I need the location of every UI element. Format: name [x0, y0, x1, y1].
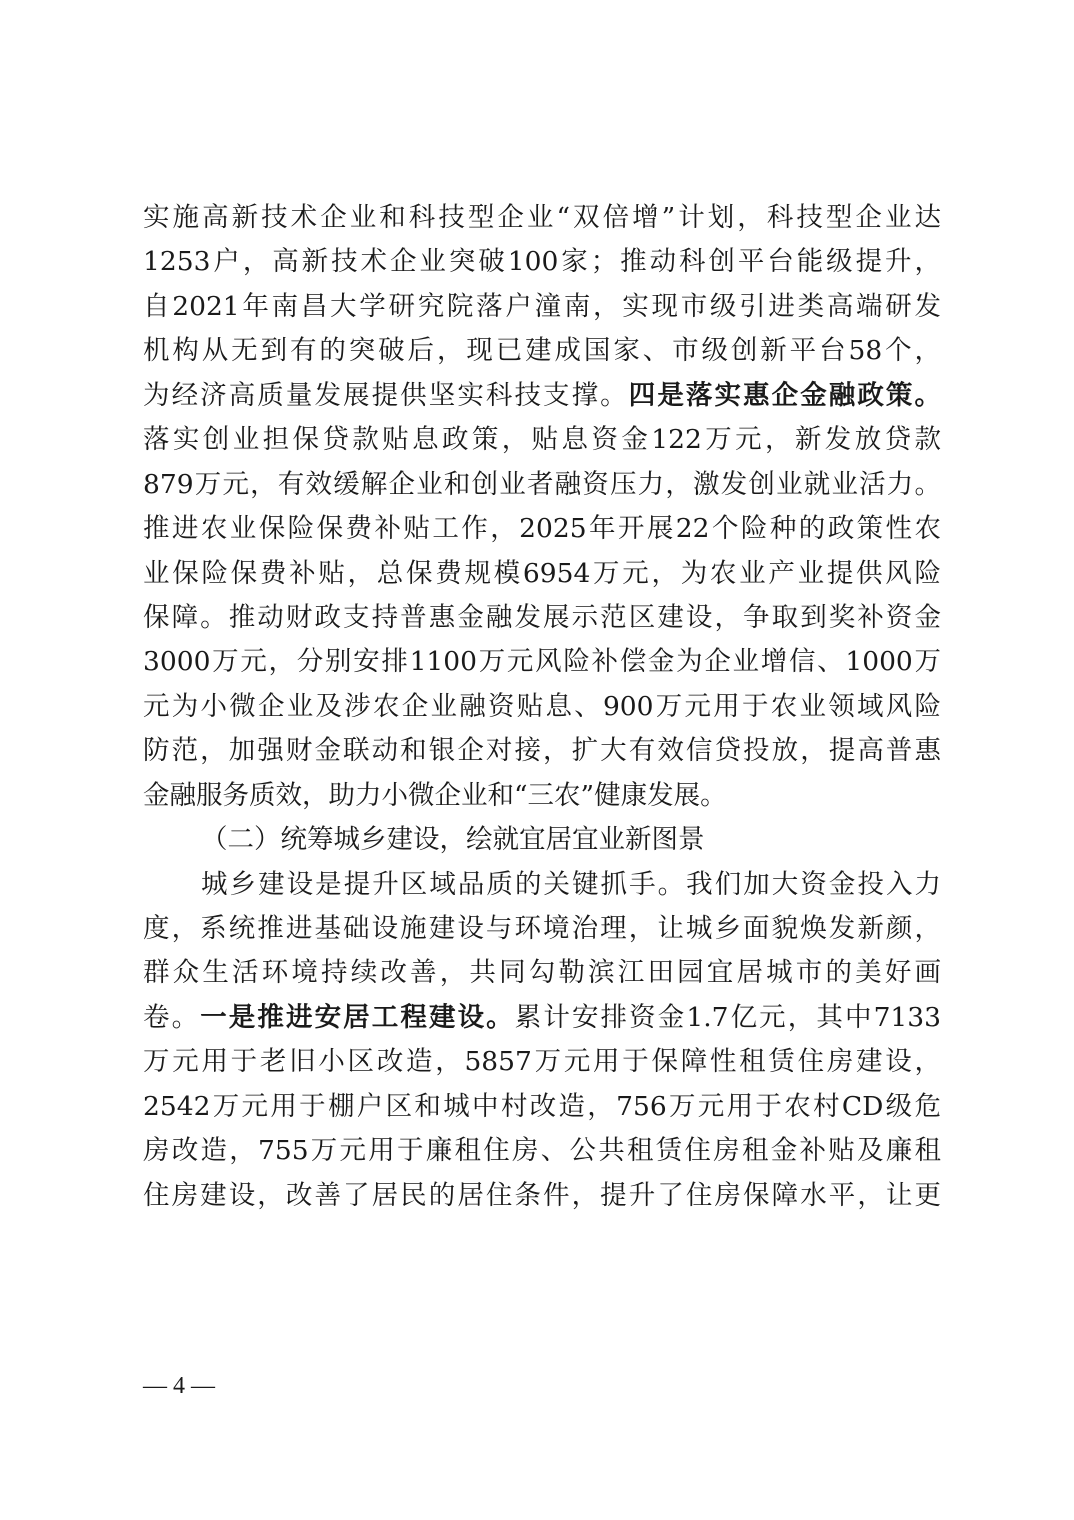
paragraph-line: 金融服务质效，助力小微企业和“三农”健康发展。 — [143, 774, 941, 818]
line-text: 卷。 — [143, 1002, 200, 1033]
section-heading: （二）统筹城乡建设，绘就宜居宜业新图景 — [143, 818, 941, 862]
bold-subheading: 四是落实惠企金融政策。 — [629, 380, 941, 411]
line-text: 为经济高质量发展提供坚实科技支撑。 — [143, 380, 629, 411]
line-text: 累计安排资金1.7亿元，其中7133 — [515, 1002, 941, 1033]
paragraph-line: 落实创业担保贷款贴息政策，贴息资金122万元，新发放贷款 — [143, 418, 941, 462]
paragraph-line: 卷。一是推进安居工程建设。累计安排资金1.7亿元，其中7133 — [143, 996, 941, 1040]
paragraph-line: 防范，加强财金联动和银企对接，扩大有效信贷投放，提高普惠 — [143, 729, 941, 773]
page-number: — 4 — — [143, 1373, 215, 1400]
paragraph-line: 元为小微企业及涉农企业融资贴息、900万元用于农业领域风险 — [143, 685, 941, 729]
paragraph-line: 自2021年南昌大学研究院落户潼南，实现市级引进类高端研发 — [143, 285, 941, 329]
paragraph-line: 3000万元，分别安排1100万元风险补偿金为企业增信、1000万 — [143, 640, 941, 684]
paragraph-line: 机构从无到有的突破后，现已建成国家、市级创新平台58个， — [143, 329, 941, 373]
paragraph-line: 万元用于老旧小区改造，5857万元用于保障性租赁住房建设， — [143, 1040, 941, 1084]
paragraph-line: 推进农业保险保费补贴工作，2025年开展22个险种的政策性农 — [143, 507, 941, 551]
document-page: 实施高新技术企业和科技型企业“双倍增”计划，科技型企业达 1253户，高新技术企… — [0, 0, 1074, 1520]
paragraph-line: 1253户，高新技术企业突破100家；推动科创平台能级提升， — [143, 240, 941, 284]
paragraph-line: 为经济高质量发展提供坚实科技支撑。四是落实惠企金融政策。 — [143, 374, 941, 418]
bold-subheading: 一是推进安居工程建设。 — [200, 1002, 515, 1033]
paragraph-line: 房改造，755万元用于廉租住房、公共租赁住房租金补贴及廉租 — [143, 1129, 941, 1173]
paragraph-line: 2542万元用于棚户区和城中村改造，756万元用于农村CD级危 — [143, 1085, 941, 1129]
paragraph-line: 住房建设，改善了居民的居住条件，提升了住房保障水平，让更 — [143, 1174, 941, 1218]
paragraph-line: 度，系统推进基础设施建设与环境治理，让城乡面貌焕发新颜， — [143, 907, 941, 951]
paragraph-line: 实施高新技术企业和科技型企业“双倍增”计划，科技型企业达 — [143, 196, 941, 240]
paragraph-line: 城乡建设是提升区域品质的关键抓手。我们加大资金投入力 — [143, 863, 941, 907]
body-text: 实施高新技术企业和科技型企业“双倍增”计划，科技型企业达 1253户，高新技术企… — [143, 196, 941, 1218]
paragraph-line: 群众生活环境持续改善，共同勾勒滨江田园宜居城市的美好画 — [143, 951, 941, 995]
paragraph-line: 业保险保费补贴，总保费规模6954万元，为农业产业提供风险 — [143, 552, 941, 596]
paragraph-line: 保障。推动财政支持普惠金融发展示范区建设，争取到奖补资金 — [143, 596, 941, 640]
paragraph-line: 879万元，有效缓解企业和创业者融资压力，激发创业就业活力。 — [143, 463, 941, 507]
